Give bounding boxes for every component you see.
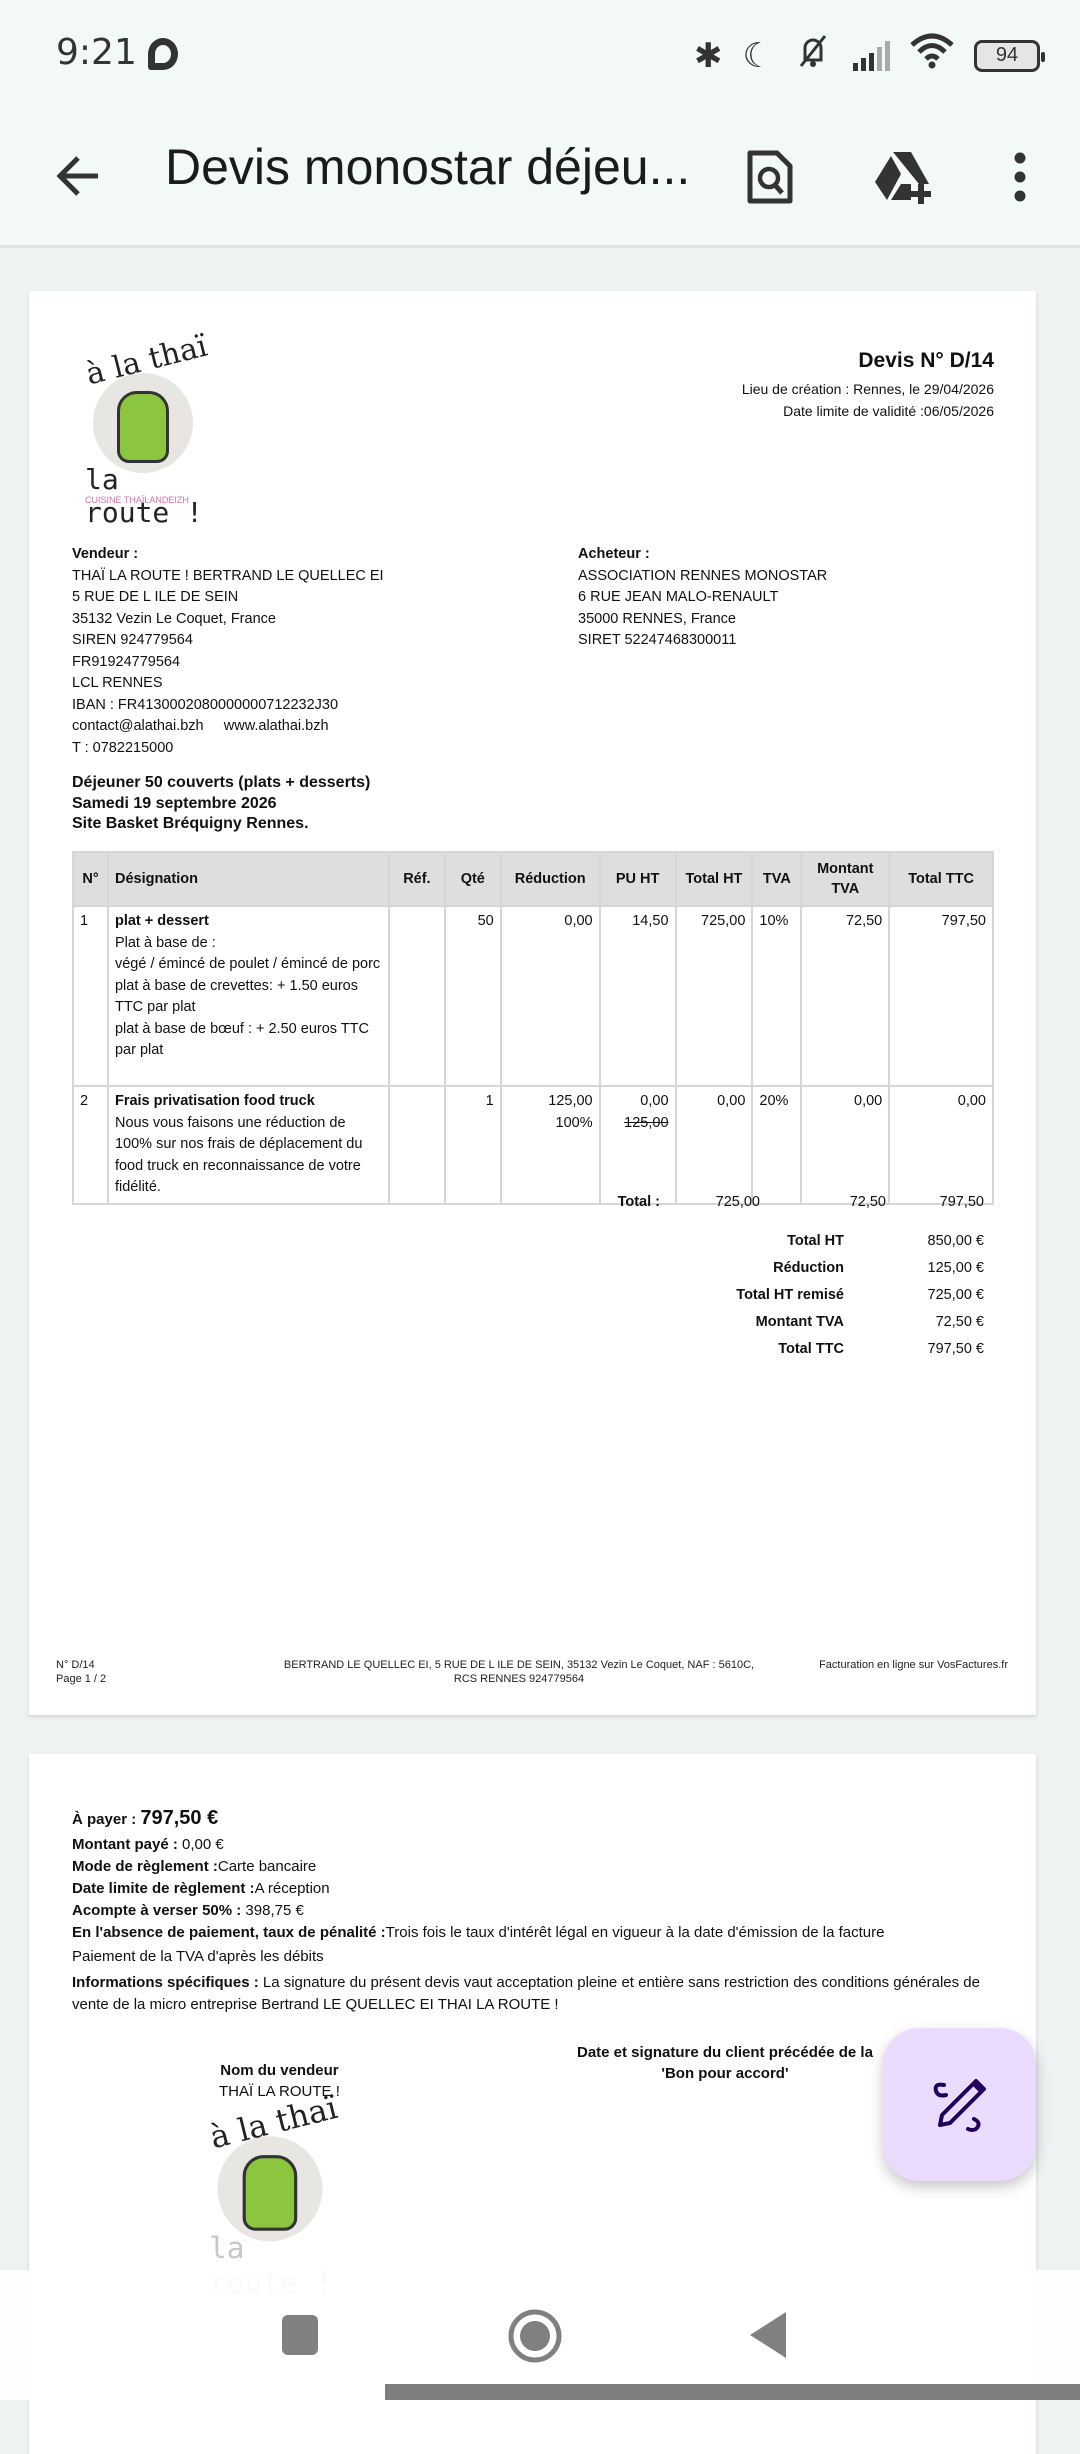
summary-label: Total HT [787,1228,844,1255]
item-vat-amount: 72,50 [801,906,889,1086]
pdf-page-1: à la thaï la route ! CUISINE THAÏLANDEIZ… [29,291,1036,1715]
client-signature-block: Date et signature du client précédée de … [577,2042,873,2084]
wifi-icon [910,33,954,78]
recents-button[interactable] [282,2315,318,2355]
add-to-drive-button[interactable] [868,142,938,212]
item-quantity: 1 [445,1086,501,1204]
find-in-page-icon [745,148,795,206]
seller-line: 5 RUE DE L ILE DE SEIN [72,587,384,609]
find-in-page-button[interactable] [735,142,805,212]
tuk-tuk-icon [243,2155,298,2231]
payment-mode: Mode de règlement :Carte bancaire [72,1856,316,1878]
signature-pen-icon [930,2075,990,2135]
creation-info: Lieu de création : Rennes, le 29/04/2026 [742,381,994,397]
summary-value: 850,00 € [928,1228,984,1255]
item-total-ttc: 0,00 [889,1086,993,1204]
item-unit-price: 0,00125,00 [600,1086,676,1204]
seller-line: THAÏ LA ROUTE ! BERTRAND LE QUELLEC EI [72,566,384,588]
tuk-tuk-icon [117,391,169,463]
item-unit-price: 14,50 [600,906,676,1086]
summary-value: 725,00 € [928,1282,984,1309]
item-reduction: 125,00100% [501,1086,600,1204]
summary-label: Montant TVA [756,1309,844,1336]
seller-line: contact@alathai.bzh www.alathai.bzh [72,716,384,738]
arrow-back-icon [50,146,110,206]
totals-total-ht: 725,00 [716,1194,760,1210]
buyer-line: 35000 RENNES, France [578,609,827,631]
specific-info: Informations spécifiques : La signature … [72,1972,980,2015]
more-vert-icon [1013,152,1027,202]
back-button[interactable] [50,146,110,206]
seller-block: Vendeur : THAÏ LA ROUTE ! BERTRAND LE QU… [72,544,384,759]
buyer-line: SIRET 52247468300011 [578,630,827,652]
totals-label: Total : [618,1194,660,1210]
payment-deadline: Date limite de règlement :A réception [72,1878,330,1900]
column-header: PU HT [600,852,676,906]
vat-note: Paiement de la TVA d'après les débits [72,1946,324,1968]
deposit: Acompte à verser 50% : 398,75 € [72,1900,304,1922]
column-header: Montant TVA [801,852,889,906]
penalty: En l'absence de paiement, taux de pénali… [72,1922,884,1944]
item-designation: Frais privatisation food truckNous vous … [108,1086,389,1204]
document-title: Devis monostar déjeu... [165,138,690,196]
company-logo: à la thaï la route ! CUISINE THAÏLANDEIZ… [79,343,209,513]
totals-montant-tva: 72,50 [850,1194,886,1210]
nav-back-button[interactable] [748,2310,788,2365]
home-button[interactable] [507,2308,563,2369]
validity-date: Date limite de validité :06/05/2026 [783,403,994,419]
column-header: TVA [752,852,801,906]
summary-value: 125,00 € [928,1255,984,1282]
seller-line: SIREN 924779564 [72,630,384,652]
item-vat-amount: 0,00 [801,1086,889,1204]
amount-to-pay: À payer : 797,50 € [72,1808,218,1831]
quote-number: Devis N° D/14 [858,349,994,373]
column-header: Réf. [389,852,445,906]
seller-line: LCL RENNES [72,673,384,695]
column-header: Total HT [676,852,753,906]
buyer-line: 6 RUE JEAN MALO-RENAULT [578,587,827,609]
column-header: Total TTC [889,852,993,906]
seller-line: 35132 Vezin Le Coquet, France [72,609,384,631]
item-total-ht: 725,00 [676,906,753,1086]
item-vat-rate: 10% [752,906,801,1086]
column-header: N° [73,852,108,906]
item-designation: plat + dessertPlat à base de :végé / émi… [108,906,389,1086]
do-not-disturb-icon: ☾ [743,36,773,76]
line-items-table: N°DésignationRéf.QtéRéductionPU HTTotal … [72,851,994,1205]
back-icon [748,2310,788,2360]
footer-right: Facturation en ligne sur VosFactures.fr [819,1658,1008,1672]
buyer-block: Acheteur : ASSOCIATION RENNES MONOSTAR6 … [578,544,827,652]
buyer-line: ASSOCIATION RENNES MONOSTAR [578,566,827,588]
item-total-ht: 0,00 [676,1086,753,1204]
sign-document-button[interactable] [883,2028,1036,2181]
event-description: Déjeuner 50 couverts (plats + desserts) … [72,773,370,835]
more-options-button[interactable] [985,142,1055,212]
seller-line: IBAN : FR4130002080000000712232J30 [72,695,384,717]
item-vat-rate: 20% [752,1086,801,1204]
table-row: 2Frais privatisation food truckNous vous… [73,1086,993,1204]
column-header: Qté [445,852,501,906]
seller-line: FR91924779564 [72,652,384,674]
column-header: Désignation [108,852,389,906]
status-bar: 9:21 ✱ ☾ 94 [0,0,1080,108]
seller-line: T : 0782215000 [72,738,384,760]
item-reduction: 0,00 [501,906,600,1086]
amount-paid: Montant payé : 0,00 € [72,1834,224,1856]
status-time: 9:21 [56,32,137,73]
footer-left: N° D/14 Page 1 / 2 [56,1658,106,1686]
add-to-drive-icon [871,148,935,206]
app-bar: Devis monostar déjeu... [0,108,1080,248]
table-row: 1plat + dessertPlat à base de :végé / ém… [73,906,993,1086]
battery-icon: 94 [974,40,1040,72]
horizontal-scrollbar[interactable] [385,2384,1080,2400]
summary-label: Réduction [773,1255,844,1282]
footer-center: BERTRAND LE QUELLEC EI, 5 RUE DE L ILE D… [259,1658,779,1686]
item-total-ttc: 797,50 [889,906,993,1086]
summary-label: Total TTC [778,1336,844,1363]
totals-total-ttc: 797,50 [940,1194,984,1210]
signal-icon [853,41,890,71]
home-icon [507,2308,563,2364]
summary-value: 797,50 € [928,1336,984,1363]
summary-label: Total HT remisé [736,1282,844,1309]
message-icon [148,38,178,70]
summary-value: 72,50 € [936,1309,984,1336]
muted-bell-icon [793,32,833,79]
company-logo-signature: à la thaï la route ! [203,2105,340,2284]
item-quantity: 50 [445,906,501,1086]
bluetooth-icon: ✱ [694,36,723,76]
battery-level: 94 [996,44,1018,67]
system-nav-bar [0,2270,1080,2400]
column-header: Réduction [501,852,600,906]
